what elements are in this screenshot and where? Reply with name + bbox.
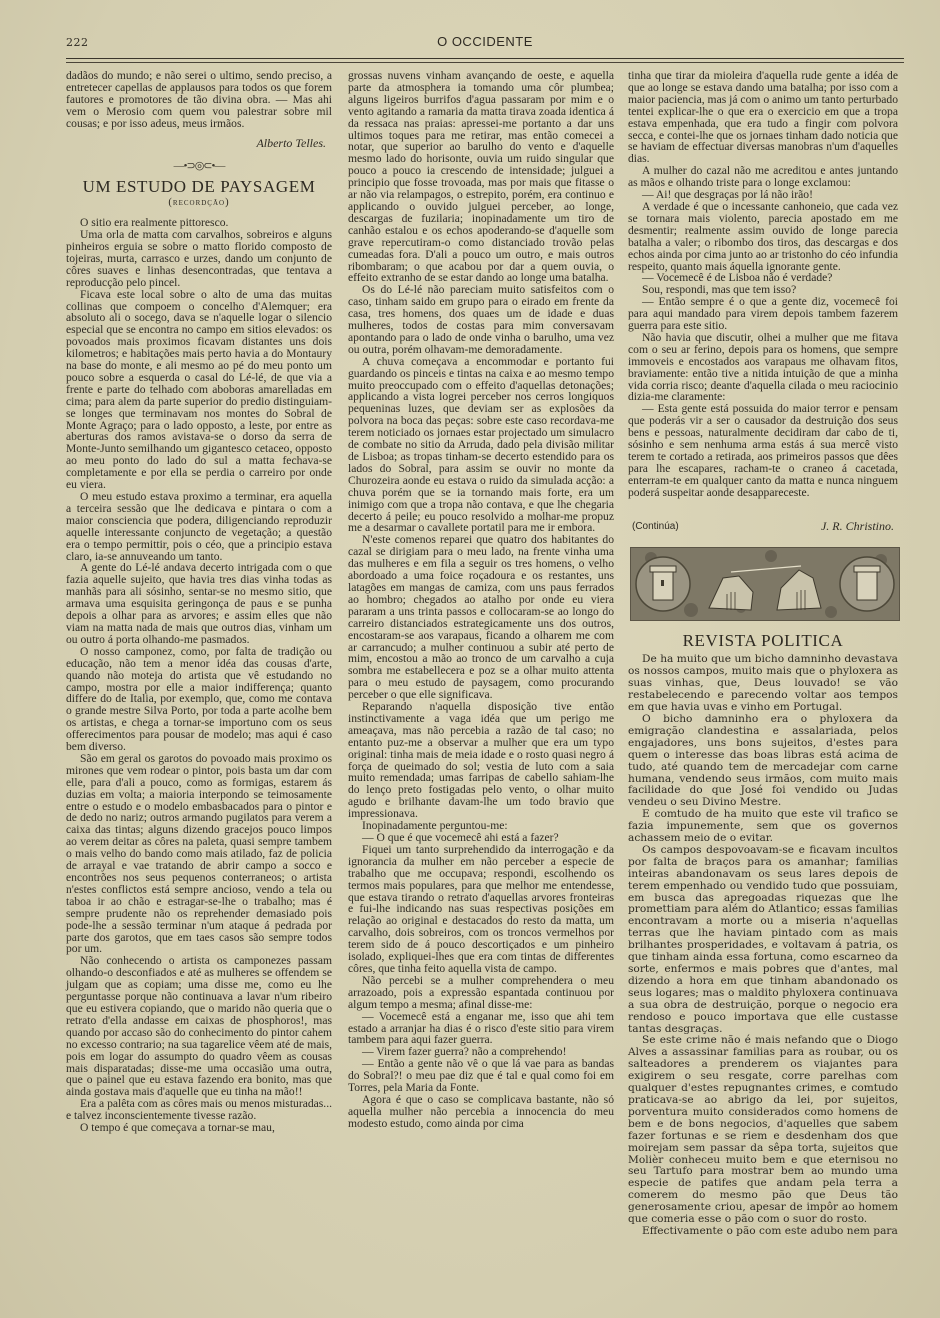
paragraph: N'este comenos reparei que quatro dos ha… [348, 534, 614, 701]
intro-paragraph: dadãos do mundo; e não serei o ultimo, s… [66, 70, 332, 130]
author-signature: Alberto Telles. [66, 138, 326, 150]
paragraph: O bicho damninho era o phyloxera da emig… [628, 714, 898, 809]
paragraph: — Então sempre é o que a gente diz, voce… [628, 296, 898, 332]
author-signature: J. R. Christino. [821, 521, 894, 533]
paragraph: E comtudo de ha muito que este vil trafi… [628, 809, 898, 845]
article-subtitle: (recordção) [66, 197, 332, 209]
paragraph: A chuva começava a encommodar e portanto… [348, 356, 614, 535]
paragraph: A verdade é que o incessante canhoneio, … [628, 201, 898, 272]
paragraph: Era a palêta com as côres mais ou menos … [66, 1098, 332, 1122]
paragraph: Uma orla de matta com carvalhos, sobreir… [66, 229, 332, 289]
paragraph: O meu estudo estava proximo a terminar, … [66, 491, 332, 562]
paragraph: O tempo é que começava a tornar-se mau, [66, 1122, 332, 1134]
paragraph: grossas nuvens vinham avançando de oeste… [348, 70, 614, 284]
masthead: O OCCIDENTE [66, 34, 904, 49]
paragraph: Os do Lé-lé não pareciam muito satisfeit… [348, 284, 614, 355]
header-rule-thin [66, 62, 904, 63]
paragraph: São em geral os garotos do povoado mais … [66, 753, 332, 955]
column-2: grossas nuvens vinham avançando de oeste… [348, 70, 614, 1130]
paragraph: Não havia que discutir, olhei a mulher q… [628, 332, 898, 403]
paragraph: Não conhecendo o artista os camponezes p… [66, 955, 332, 1098]
paragraph: Ficava este local sobre o alto de uma da… [66, 289, 332, 491]
paragraph: Se este crime não é mais nefando que o D… [628, 1035, 898, 1226]
paragraph: Reparando n'aquella disposição tive entã… [348, 701, 614, 820]
paragraph: — Esta gente está possuida do maior terr… [628, 403, 898, 498]
paragraph: — Vocemecê está a enganar me, isso que a… [348, 1011, 614, 1047]
continua-label: (Continúa) [632, 521, 679, 533]
paragraph: Agora é que o caso se complicava bastant… [348, 1094, 614, 1130]
continuation-line: (Continúa) J. R. Christino. [632, 521, 894, 533]
paragraph: Effectivamente o pão com este adubo nem … [628, 1226, 898, 1238]
column-3: tinha que tirar da mioleira d'aquella ru… [628, 70, 898, 1238]
page-header: 222 O OCCIDENTE [66, 30, 904, 60]
section-title: REVISTA POLITICA [628, 635, 898, 647]
header-rule [66, 58, 904, 59]
paragraph: A gente do Lé-lé andava decerto intrigad… [66, 562, 332, 645]
newspaper-page: 222 O OCCIDENTE dadãos do mundo; e não s… [0, 0, 940, 1318]
paragraph: O nosso camponez, como, por falta de tra… [66, 646, 332, 753]
paragraph: Não percebi se a mulher comprehendera o … [348, 975, 614, 1011]
article-title: UM ESTUDO DE PAYSAGEM [66, 181, 332, 193]
paragraph: Fiquei um tanto surprehendido da interro… [348, 844, 614, 975]
paragraph: — Então a gente não vê o que lá vae para… [348, 1058, 614, 1094]
paragraph: tinha que tirar da mioleira d'aquella ru… [628, 70, 898, 165]
column-1: dadãos do mundo; e não serei o ultimo, s… [66, 70, 332, 1134]
paragraph: Os campos despovoavam-se e ficavam incul… [628, 845, 898, 1036]
paragraph: De ha muito que um bicho damninho devast… [628, 654, 898, 714]
revista-politica-body: De ha muito que um bicho damninho devast… [628, 654, 898, 1237]
ornament-divider-icon: —•⊃◎⊂•— [66, 161, 332, 173]
jousting-illustration [630, 547, 900, 621]
paragraph: A mulher do cazal não me acreditou e ant… [628, 165, 898, 189]
jousting-knights-icon [631, 548, 899, 620]
